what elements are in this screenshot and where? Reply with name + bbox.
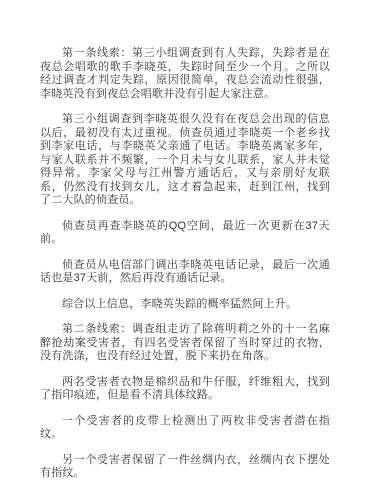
paragraph-silk-underwear: 另一个受害者保留了一件丝绸内衣，丝绸内衣下摆处有指纹。 <box>40 454 330 480</box>
paragraph-clothing-fibers: 两名受害者衣物是棉织品和牛仔服，纤维粗大，找到了指印痕迹，但是看不清具体纹路。 <box>40 376 330 403</box>
paragraph-clue1: 第一条线索：第三小组调查到有人失踪，失踪者是在夜总会唱歌的歌手李晓英，失踪时间至… <box>40 47 330 101</box>
document-page: 第一条线索：第三小组调查到有人失踪，失踪者是在夜总会唱歌的歌手李晓英，失踪时间至… <box>0 0 370 480</box>
paragraph-qq-space: 侦查员再查李晓英的QQ空间，最近一次更新在37天前。 <box>40 220 330 247</box>
paragraph-investigation-family: 第三小组调查到李晓英很久没有在夜总会出现的信息以后，最初没有太过重视。侦查员通过… <box>40 113 330 208</box>
paragraph-belt-fingerprints: 一个受害者的皮带上检测出了两枚非受害者潜在指纹。 <box>40 415 330 442</box>
paragraph-clue2: 第二条线索：调查组走访了除蒋明莉之外的十一名麻醉抢劫案受害者，有四名受害者保留了… <box>40 323 330 364</box>
paragraph-phone-records: 侦查员从电信部门调出李晓英电话记录，最后一次通话也是37天前，然后再没有通话记录… <box>40 259 330 286</box>
paragraph-summary: 综合以上信息，李晓英失踪的概率猛然间上升。 <box>40 298 330 312</box>
